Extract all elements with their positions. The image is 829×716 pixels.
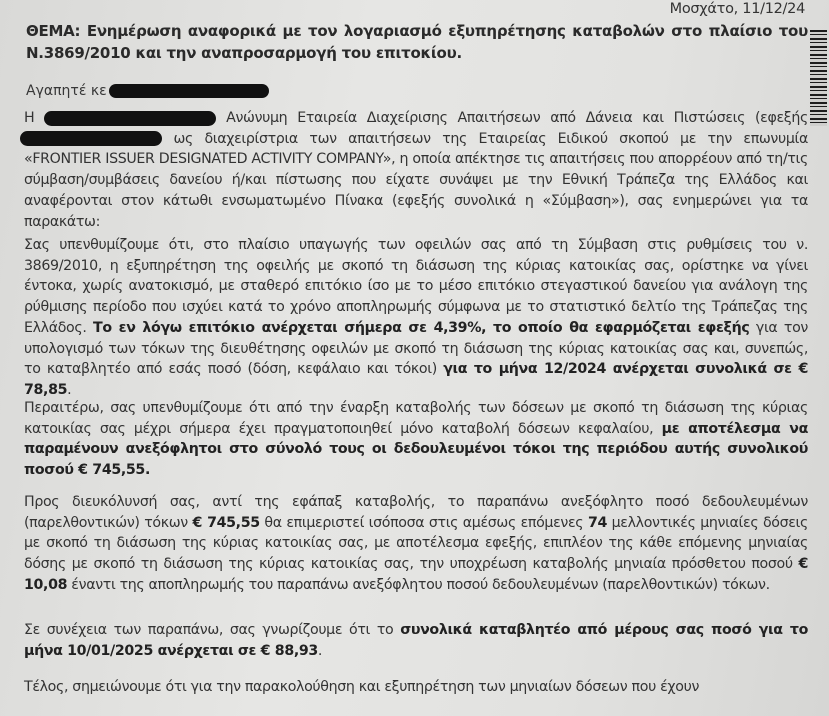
letter-subject: ΘΕΜΑ: Ενημέρωση αναφορικά με τον λογαρια… (26, 20, 808, 64)
letter-greeting: Αγαπητέ κε (26, 83, 269, 99)
barcode-icon (810, 30, 827, 126)
p5-text: Σε συνέχεια των παραπάνω, σας γνωρίζουμε… (24, 622, 400, 638)
paragraph-intro: Η Ανώνυμη Εταιρεία Διαχείρισης Απαιτήσεω… (24, 108, 808, 232)
redacted-company-name (44, 111, 216, 126)
p6-text: Τέλος, σημειώνουμε ότι για την παρακολού… (24, 679, 699, 695)
paragraph-interest-rate: Σας υπενθυμίζουμε ότι, στο πλαίσιο υπαγω… (24, 235, 808, 401)
paragraph-unpaid-interest: Περαιτέρω, σας υπενθυμίζουμε ότι από την… (24, 398, 808, 481)
redacted-company-short (20, 131, 162, 146)
intro-text-a: Ανώνυμη Εταιρεία Διαχείρισης Απαιτήσεων … (216, 110, 808, 126)
unpaid-amount: € 745,55 (193, 515, 260, 531)
paragraph-total-payment: Σε συνέχεια των παραπάνω, σας γνωρίζουμε… (24, 620, 808, 661)
paragraph-closing: Τέλος, σημειώνουμε ότι για την παρακολού… (24, 677, 808, 698)
redacted-name (109, 84, 269, 98)
interest-rate-statement: Το εν λόγω επιτόκιο ανέρχεται σήμερα σε … (93, 320, 749, 336)
paragraph-installment-plan: Προς διευκόλυνσή σας, αντί της εφάπαξ κα… (24, 492, 808, 596)
installment-count: 74 (588, 515, 607, 531)
p5-end: . (318, 643, 322, 659)
p4-text-4: έναντι της αποπληρωμής του παραπάνω ανεξ… (67, 577, 770, 593)
intro-prefix: Η (24, 110, 34, 126)
p2-end: . (67, 382, 71, 398)
letter-date: Μοσχάτο, 11/12/24 (670, 1, 805, 17)
greeting-prefix: Αγαπητέ κε (26, 83, 107, 99)
p4-text-2: θα επιμεριστεί ισόποσα στις αμέσως επόμε… (260, 515, 588, 531)
letter-page: Μοσχάτο, 11/12/24 ΘΕΜΑ: Ενημέρωση αναφορ… (0, 0, 829, 716)
